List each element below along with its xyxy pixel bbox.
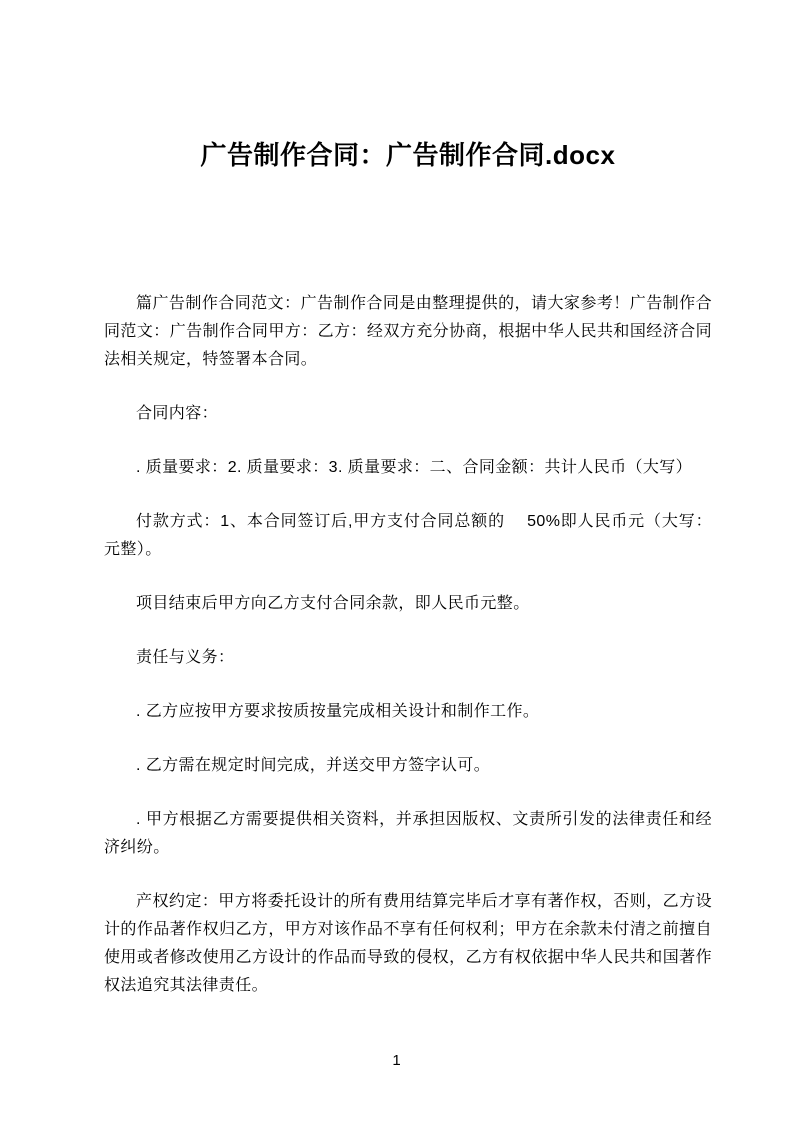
document-body: 篇广告制作合同范文：广告制作合同是由整理提供的，请大家参考！广告制作合同范文：广… <box>104 290 712 1000</box>
para-contract-content-label: 合同内容： <box>104 400 712 428</box>
para-intro: 篇广告制作合同范文：广告制作合同是由整理提供的，请大家参考！广告制作合同范文：广… <box>104 290 712 374</box>
para-party-b-quality-duty: . 乙方应按甲方要求按质按量完成相关设计和制作工作。 <box>104 698 712 726</box>
para-responsibilities-label: 责任与义务： <box>104 644 712 672</box>
para-payment-method: 付款方式：1、本合同签订后,甲方支付合同总额的 50%即人民币元（大写：元整）。 <box>104 508 712 564</box>
para-party-a-materials-duty: . 甲方根据乙方需要提供相关资料，并承担因版权、文责所引发的法律责任和经济纠纷。 <box>104 806 712 862</box>
page-number: 1 <box>0 1050 793 1072</box>
document-page: 广告制作合同：广告制作合同.docx 篇广告制作合同范文：广告制作合同是由整理提… <box>0 0 793 1122</box>
para-project-balance: 项目结束后甲方向乙方支付合同余款，即人民币元整。 <box>104 590 712 618</box>
para-party-b-deadline-duty: . 乙方需在规定时间完成，并送交甲方签字认可。 <box>104 752 712 780</box>
para-quality-requirements: . 质量要求：2. 质量要求：3. 质量要求：二、合同金额：共计人民币（大写） <box>104 454 712 482</box>
document-title: 广告制作合同：广告制作合同.docx <box>104 0 712 172</box>
para-copyright-terms: 产权约定：甲方将委托设计的所有费用结算完毕后才享有著作权，否则，乙方设计的作品著… <box>104 888 712 1000</box>
